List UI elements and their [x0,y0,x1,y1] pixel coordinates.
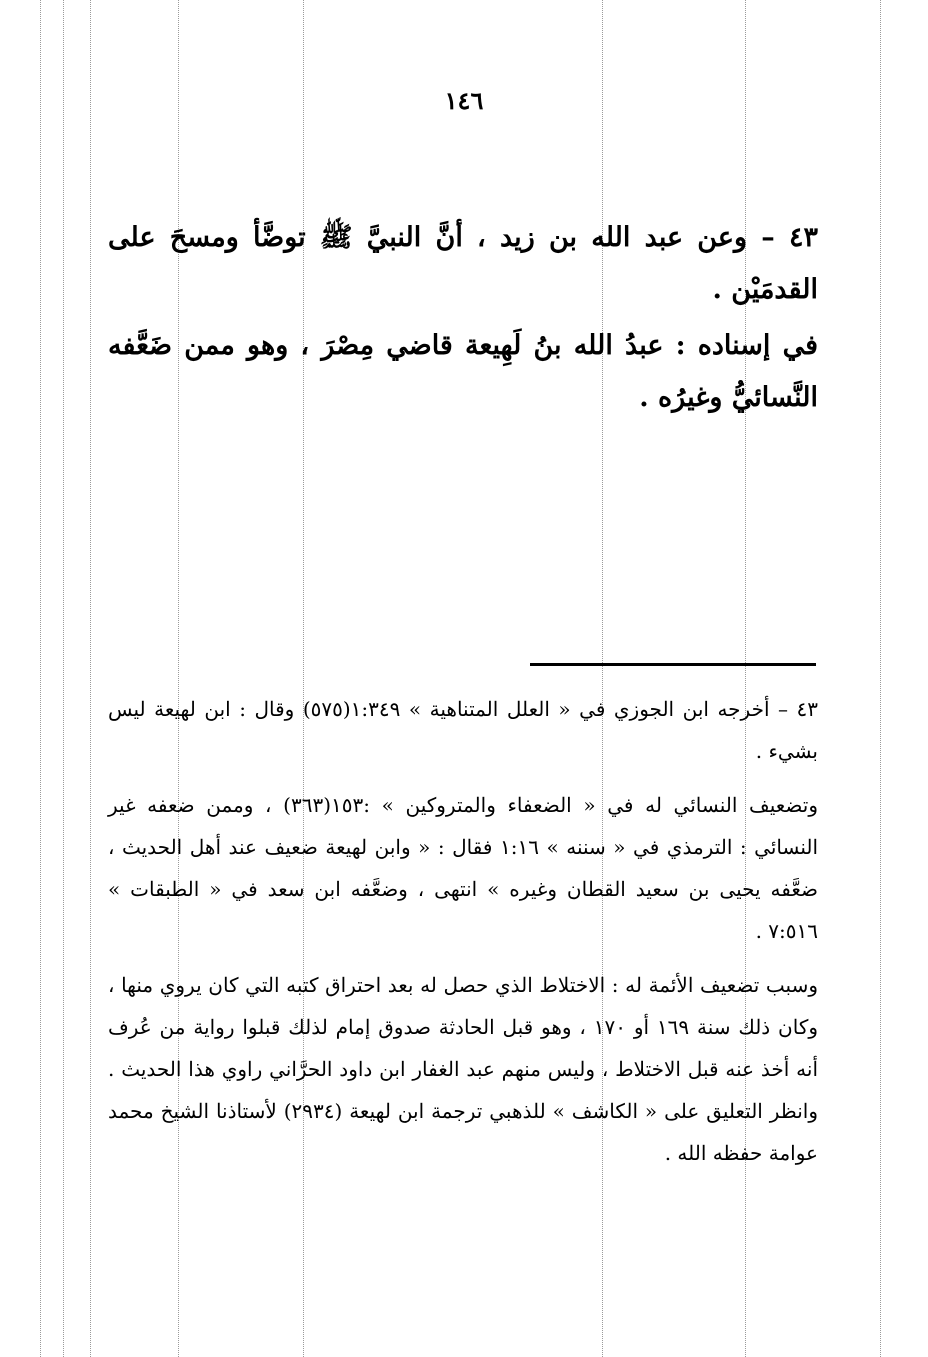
hadith-text: ٤٣ – وعن عبد الله بن زيد ، أنَّ النبيَّ … [108,212,818,316]
footnotes: ٤٣ – أخرجه ابن الجوزي في « العلل المتناه… [108,688,818,1174]
scan-artifact-line [40,0,41,1357]
scan-artifact-line [63,0,64,1357]
page-number: ١٤٦ [0,86,928,115]
main-text: ٤٣ – وعن عبد الله بن زيد ، أنَّ النبيَّ … [108,212,818,424]
isnad-note: في إسناده : عبدُ الله بنُ لَهِيعة قاضي م… [108,320,818,424]
footnote-divider [530,663,816,666]
scan-artifact-line [90,0,91,1357]
footnote-paragraph: وسبب تضعيف الأئمة له : الاختلاط الذي حصل… [108,964,818,1174]
footnote-paragraph: وتضعيف النسائي له في « الضعفاء والمتروكي… [108,784,818,952]
scan-artifact-line [880,0,881,1357]
footnote-paragraph: ٤٣ – أخرجه ابن الجوزي في « العلل المتناه… [108,688,818,772]
